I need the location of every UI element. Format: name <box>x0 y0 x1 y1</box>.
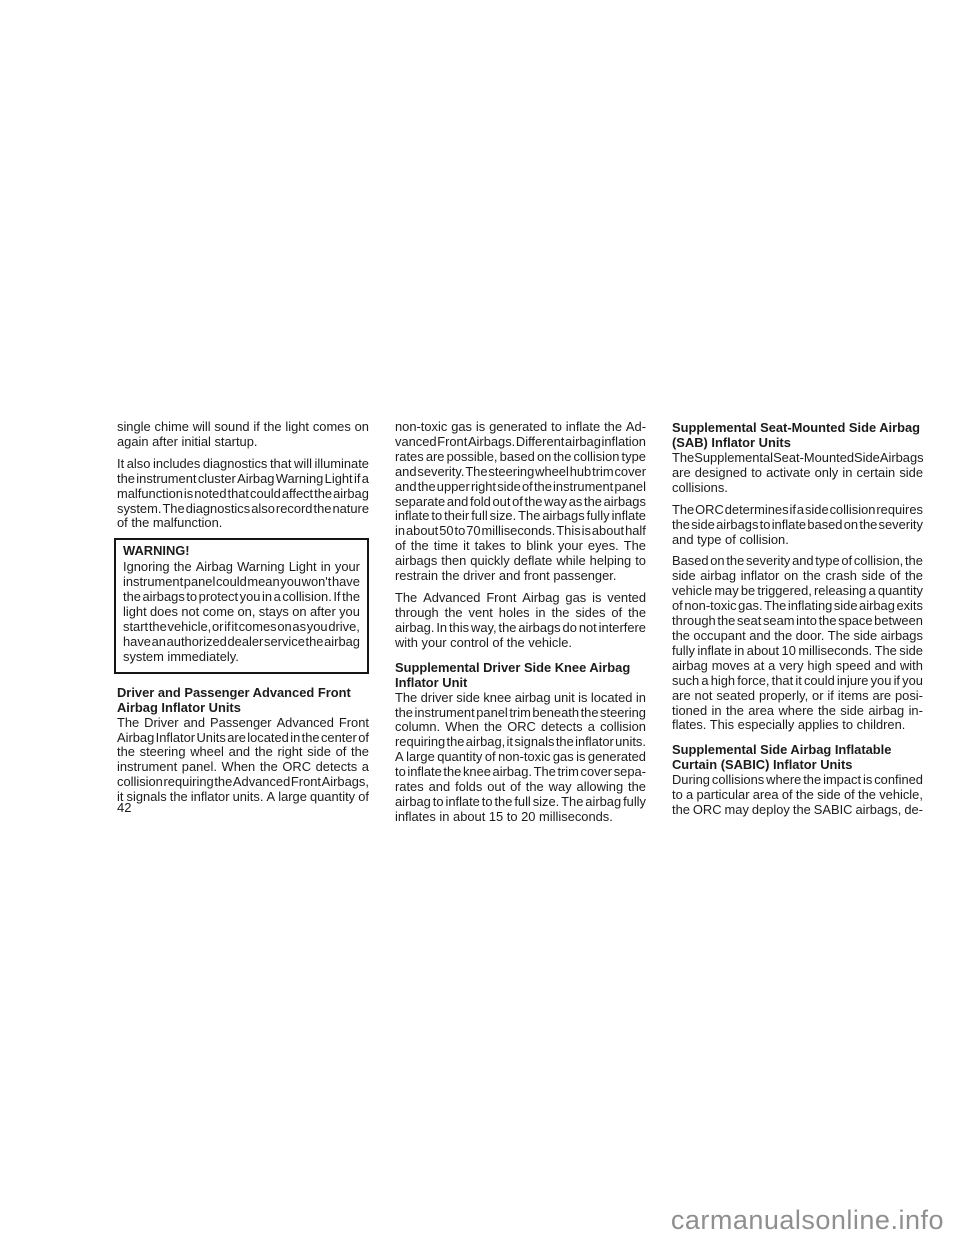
paragraph: TheDriverandPassengerAdvancedFrontAirbag… <box>117 716 369 805</box>
heading-line: Supplemental Seat-Mounted Side Airbag <box>672 420 923 435</box>
text-line: system.Thediagnosticsalsorecordthenature <box>117 502 369 517</box>
text-line: inabout50to70milliseconds.Thisisabouthal… <box>395 524 646 539</box>
paragraph: Thedriversidekneeairbagunitislocatedinth… <box>395 691 646 825</box>
text-line: Thedriversidekneeairbagunitislocatedin <box>395 691 646 706</box>
text-line: toinflatethekneeairbag.Thetrimcoversepa- <box>395 765 646 780</box>
text-line: separateandfoldoutofthewayastheairbags <box>395 495 646 510</box>
section-heading: Supplemental Side Airbag InflatableCurta… <box>672 742 923 772</box>
text-line: Italsoincludesdiagnosticsthatwillillumin… <box>117 457 369 472</box>
heading-line: (SAB) Inflator Units <box>672 435 923 450</box>
section-heading: Driver and Passenger Advanced FrontAirba… <box>117 685 369 715</box>
text-line: malfunctionisnotedthatcouldaffecttheairb… <box>117 487 369 502</box>
warning-title: WARNING! <box>123 544 360 559</box>
text-line: non-toxicgasisgeneratedtoinflatetheAd- <box>395 420 646 435</box>
text-line: again after initial startup. <box>117 435 369 450</box>
heading-line: Supplemental Driver Side Knee Airbag <box>395 660 646 675</box>
text-line: ofthetimeittakestoblinkyoureyes.The <box>395 539 646 554</box>
text-line: TheORCdeterminesifasidecollisionrequires <box>672 503 923 518</box>
text-line: ratesandfoldsoutofthewayallowingthe <box>395 780 646 795</box>
text-line: theinstrumentclusterAirbagWarningLightif… <box>117 472 369 487</box>
text-line: restrain the driver and front passenger. <box>395 569 646 584</box>
page-number: 42 <box>117 800 131 815</box>
text-line: fullyinflateinabout10milliseconds.Thesid… <box>672 644 923 659</box>
text-line: with your control of the vehicle. <box>395 636 646 651</box>
text-line: ofnon-toxicgas.Theinflatingsideairbagexi… <box>672 599 923 614</box>
text-line: airbagsthenquicklydeflatewhilehelpingto <box>395 554 646 569</box>
text-line: of the malfunction. <box>117 516 369 531</box>
text-line: and type of collision. <box>672 533 923 548</box>
text-line: aredesignedtoactivateonlyincertainside <box>672 466 923 481</box>
text-line: IgnoringtheAirbagWarningLightinyour <box>123 560 360 575</box>
watermark: carmanualsonline.info <box>671 1205 944 1236</box>
text-column-3: Supplemental Seat-Mounted Side Airbag(SA… <box>672 420 923 825</box>
paragraph: Duringcollisionswheretheimpactisconfined… <box>672 773 923 818</box>
text-line: airbagtoinflatetothefullsize.Theairbagfu… <box>395 795 646 810</box>
heading-line: Supplemental Side Airbag Inflatable <box>672 742 923 757</box>
text-line: inflates in about 15 to 20 milliseconds. <box>395 810 646 825</box>
heading-line: Inflator Unit <box>395 675 646 690</box>
text-line: theORCmaydeploytheSABICairbags,de- <box>672 803 923 818</box>
text-line: singlechimewillsoundifthelightcomeson <box>117 420 369 435</box>
text-column-1: singlechimewillsoundifthelightcomesonaga… <box>117 420 369 812</box>
text-line: Basedontheseverityandtypeofcollision,the <box>672 554 923 569</box>
text-column-2: non-toxicgasisgeneratedtoinflatetheAd-va… <box>395 420 646 832</box>
text-line: andseverity.Thesteeringwheelhubtrimcover <box>395 465 646 480</box>
text-line: theoccupantandthedoor.Thesideairbags <box>672 629 923 644</box>
warning-box: WARNING!IgnoringtheAirbagWarningLightiny… <box>114 538 369 673</box>
text-line: throughtheventholesinthesidesofthe <box>395 606 646 621</box>
text-line: thesteeringwheelandtherightsideofthe <box>117 745 369 760</box>
text-line: Alargequantityofnon-toxicgasisgenerated <box>395 750 646 765</box>
text-line: vehiclemaybetriggered,releasingaquantity <box>672 584 923 599</box>
text-line: toaparticularareaofthesideofthevehicle, <box>672 788 923 803</box>
text-line: column.WhentheORCdetectsacollision <box>395 720 646 735</box>
text-line: collisionrequiringtheAdvancedFrontAirbag… <box>117 775 369 790</box>
text-line: instrumentpanelcouldmeanyouwon'thave <box>123 575 360 590</box>
text-line: inflatetotheirfullsize.Theairbagsfullyin… <box>395 509 646 524</box>
text-line: suchahighforce,thatitcouldinjureyouifyou <box>672 674 923 689</box>
text-line: TheAdvancedFrontAirbaggasisvented <box>395 591 646 606</box>
heading-line: Curtain (SABIC) Inflator Units <box>672 757 923 772</box>
text-line: TheDriverandPassengerAdvancedFront <box>117 716 369 731</box>
text-line: flates. This especially applies to child… <box>672 718 923 733</box>
section-heading: Supplemental Driver Side Knee AirbagInfl… <box>395 660 646 690</box>
text-line: airbagmovesataveryhighspeedandwith <box>672 659 923 674</box>
text-line: startthevehicle,orifitcomesonasyoudrive, <box>123 620 360 635</box>
text-line: ratesarepossible,basedonthecollisiontype <box>395 450 646 465</box>
text-line: tionedintheareawherethesideairbagin- <box>672 704 923 719</box>
text-line: airbag.Inthisway,theairbagsdonotinterfer… <box>395 621 646 636</box>
section-heading: Supplemental Seat-Mounted Side Airbag(SA… <box>672 420 923 450</box>
text-line: andtheupperrightsideoftheinstrumentpanel <box>395 480 646 495</box>
text-line: collisions. <box>672 481 923 496</box>
text-line: AirbagInflatorUnitsarelocatedinthecenter… <box>117 731 369 746</box>
heading-line: Airbag Inflator Units <box>117 700 369 715</box>
text-line: sideairbaginflatoronthecrashsideofthe <box>672 569 923 584</box>
text-line: instrumentpanel.WhentheORCdetectsa <box>117 760 369 775</box>
text-line: arenotseatedproperly,orifitemsareposi- <box>672 689 923 704</box>
text-line: haveanauthorizeddealerservicetheairbag <box>123 635 360 650</box>
text-line: theinstrumentpaneltrimbeneaththesteering <box>395 706 646 721</box>
text-line: system immediately. <box>123 650 360 665</box>
text-line: vancedFrontAirbags.Differentairbaginflat… <box>395 435 646 450</box>
paragraph: non-toxicgasisgeneratedtoinflatetheAd-va… <box>395 420 646 584</box>
paragraph: Italsoincludesdiagnosticsthatwillillumin… <box>117 457 369 532</box>
paragraph: singlechimewillsoundifthelightcomesonaga… <box>117 420 369 450</box>
paragraph: TheSupplementalSeat-MountedSideAirbagsar… <box>672 451 923 496</box>
text-line: Duringcollisionswheretheimpactisconfined <box>672 773 923 788</box>
text-line: lightdoesnotcomeon,staysonafteryou <box>123 605 360 620</box>
paragraph: TheORCdeterminesifasidecollisionrequires… <box>672 503 923 548</box>
heading-line: Driver and Passenger Advanced Front <box>117 685 369 700</box>
text-line: itsignalstheinflatorunits.Alargequantity… <box>117 790 369 805</box>
text-line: thesideairbagstoinflatebasedontheseverit… <box>672 518 923 533</box>
paragraph: TheAdvancedFrontAirbaggasisventedthrough… <box>395 591 646 651</box>
text-line: TheSupplementalSeat-MountedSideAirbags <box>672 451 923 466</box>
paragraph: Basedontheseverityandtypeofcollision,the… <box>672 554 923 733</box>
text-line: requiringtheairbag,itsignalstheinflatoru… <box>395 735 646 750</box>
text-line: throughtheseatseamintothespacebetween <box>672 614 923 629</box>
text-line: theairbagstoprotectyouinacollision.Ifthe <box>123 590 360 605</box>
